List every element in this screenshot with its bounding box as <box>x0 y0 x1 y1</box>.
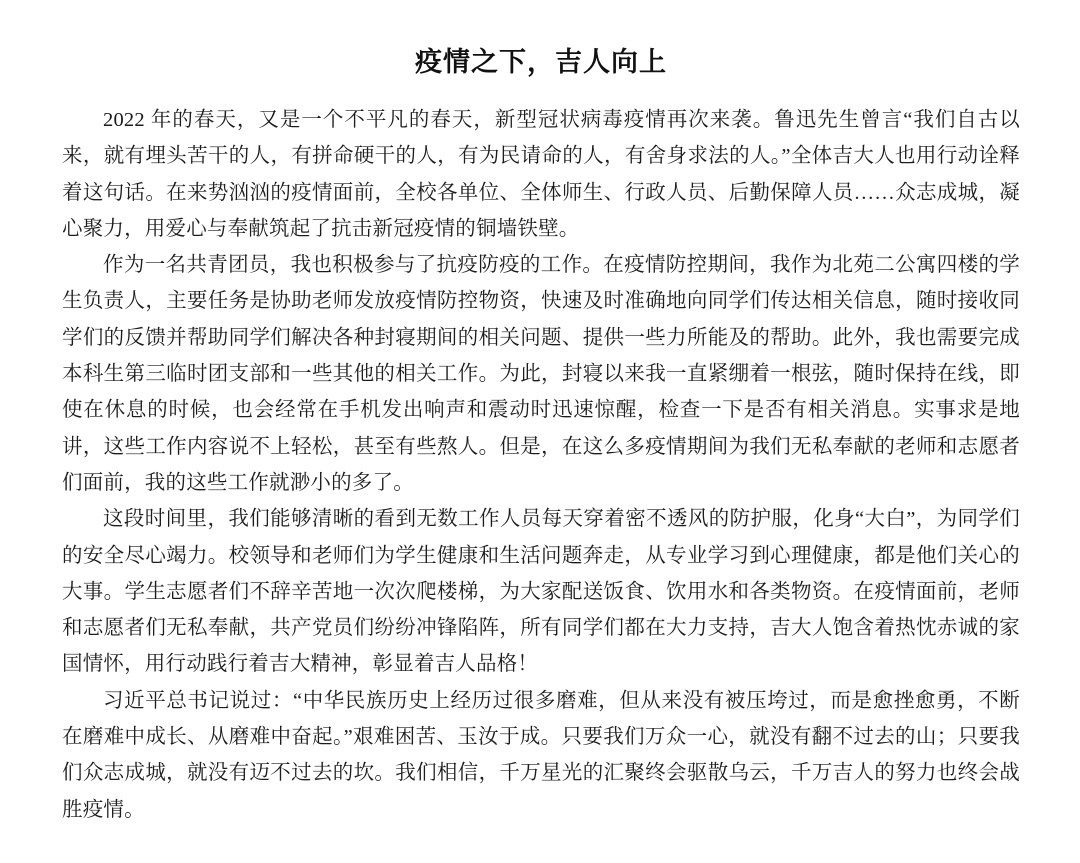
document-body: 2022 年的春天，又是一个不平凡的春天，新型冠状病毒疫情再次来袭。鲁迅先生曾言… <box>62 102 1020 828</box>
paragraph-volunteers: 这段时间里，我们能够清晰的看到无数工作人员每天穿着密不透风的防护服，化身“大白”… <box>62 501 1020 682</box>
document-page: 疫情之下，吉人向上 2022 年的春天，又是一个不平凡的春天，新型冠状病毒疫情再… <box>0 0 1080 863</box>
paragraph-personal-work: 作为一名共青团员，我也积极参与了抗疫防疫的工作。在疫情防控期间，我作为北苑二公寓… <box>62 247 1020 501</box>
paragraph-conclusion: 习近平总书记说过：“中华民族历史上经历过很多磨难，但从来没有被压垮过，而是愈挫愈… <box>62 683 1020 828</box>
paragraph-intro: 2022 年的春天，又是一个不平凡的春天，新型冠状病毒疫情再次来袭。鲁迅先生曾言… <box>62 102 1020 247</box>
document-title: 疫情之下，吉人向上 <box>62 46 1020 78</box>
